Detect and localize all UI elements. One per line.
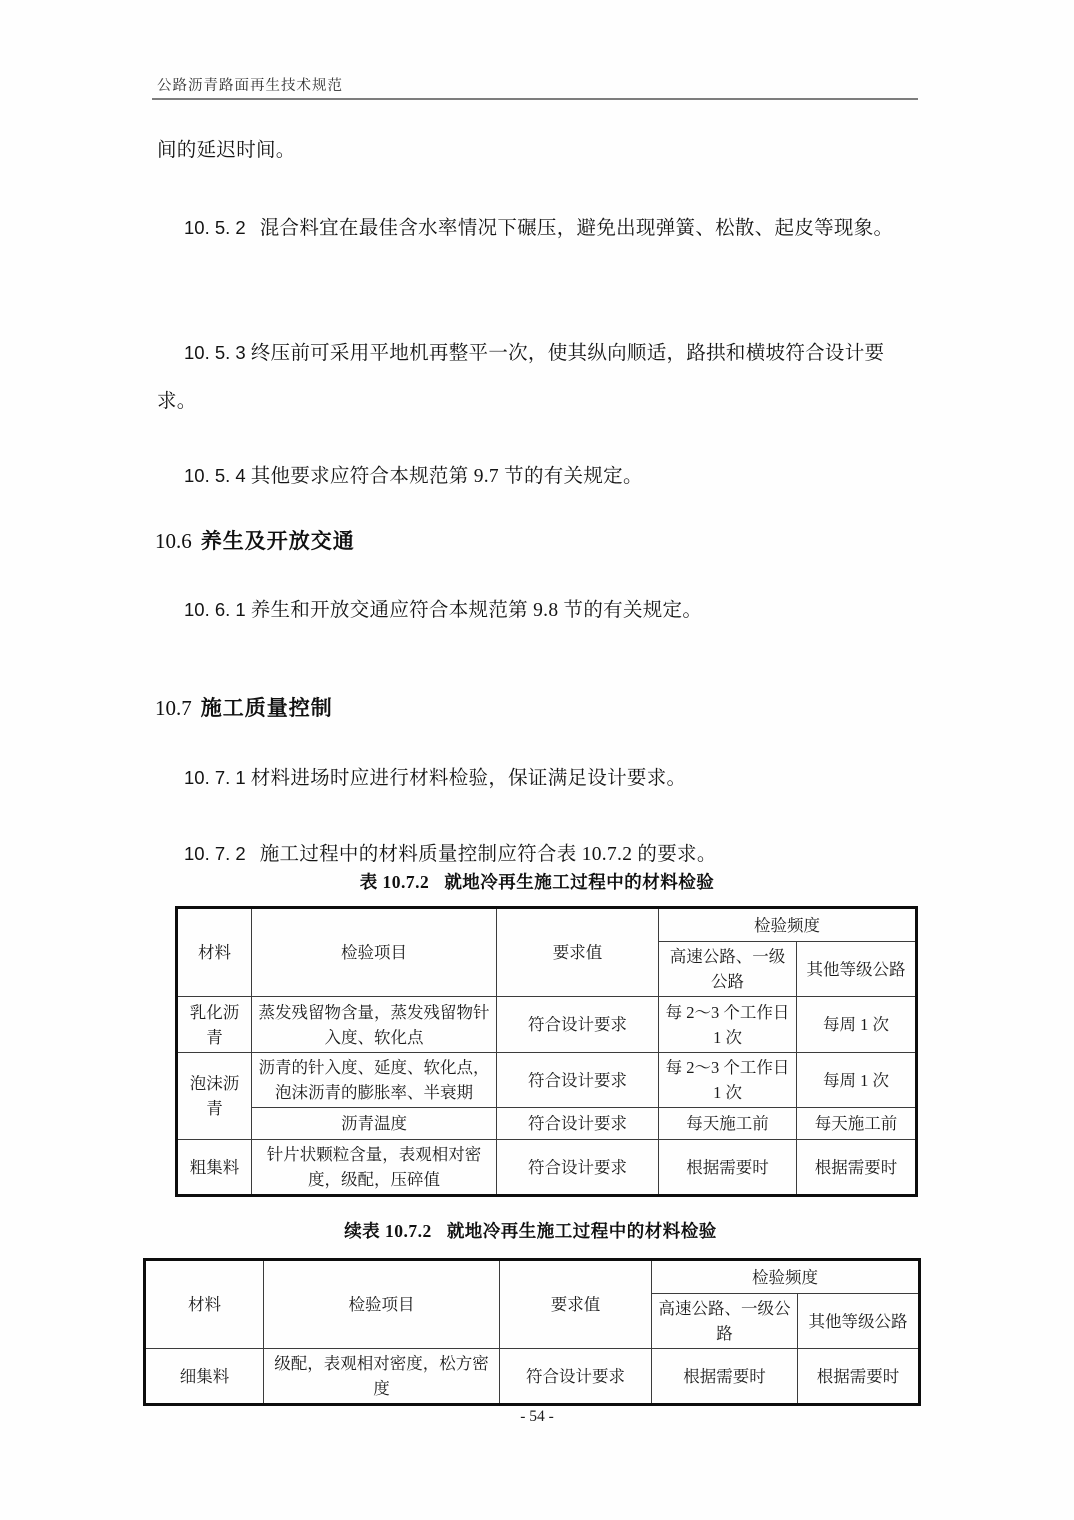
cell-material: 粗集料 [177,1140,252,1196]
cell-material: 乳化沥青 [177,997,252,1053]
section-heading-10-6: 10.6养生及开放交通 [155,525,355,555]
table1-caption-title: 就地冷再生施工过程中的材料检验 [444,872,714,892]
cell-freq-other: 每周 1 次 [797,997,917,1053]
page-number: - 54 - [0,1408,1074,1426]
cell-required: 符合设计要求 [497,1053,659,1108]
cell-freq-other: 每周 1 次 [797,1053,917,1108]
table-row: 泡沫沥青 沥青的针入度、延度、软化点，泡沫沥青的膨胀率、半衰期 符合设计要求 每… [177,1053,917,1108]
paragraph-10-5-3: 10. 5. 3终压前可采用平地机再整平一次，使其纵向顺适，路拱和横坡符合设计要… [157,329,923,426]
table-row: 乳化沥青 蒸发残留物含量，蒸发残留物针入度、软化点 符合设计要求 每 2～3 个… [177,997,917,1053]
table2: 材料 检验项目 要求值 检验频度 高速公路、一级公路 其他等级公路 细集料 级配… [143,1258,921,1406]
cell-required: 符合设计要求 [497,1140,659,1196]
col-header-material: 材料 [177,908,252,997]
cell-freq-high: 每天施工前 [659,1108,797,1140]
paragraph-10-7-1: 10. 7. 1材料进场时应进行材料检验，保证满足设计要求。 [157,754,923,803]
section-title: 施工质量控制 [201,697,333,720]
col-header-material: 材料 [145,1260,264,1349]
clause-number: 10. 6. 1 [184,599,246,620]
cell-freq-high: 每 2～3 个工作日 1 次 [659,997,797,1053]
clause-number: 10. 5. 2 [184,217,246,238]
cell-item: 蒸发残留物含量，蒸发残留物针入度、软化点 [252,997,497,1053]
clause-text: 终压前可采用平地机再整平一次，使其纵向顺适，路拱和横坡符合设计要求。 [157,343,884,412]
col-header-freq-other: 其他等级公路 [798,1294,920,1349]
table2-caption-title: 就地冷再生施工过程中的材料检验 [447,1221,717,1241]
cell-required: 符合设计要求 [497,1108,659,1140]
cell-item: 沥青温度 [252,1108,497,1140]
cell-required: 符合设计要求 [497,997,659,1053]
clause-number: 10. 7. 1 [184,767,246,788]
table1: 材料 检验项目 要求值 检验频度 高速公路、一级公路 其他等级公路 乳化沥青 蒸… [175,906,918,1197]
col-header-item: 检验项目 [252,908,497,997]
cell-freq-other: 每天施工前 [797,1108,917,1140]
cell-freq-high: 每 2～3 个工作日 1 次 [659,1053,797,1108]
table2-caption-label: 续表 10.7.2 [344,1221,432,1241]
section-number: 10.6 [155,529,192,553]
section-title: 养生及开放交通 [201,530,355,553]
section-heading-10-7: 10.7施工质量控制 [155,692,333,722]
header-rule [152,98,918,100]
table-row: 细集料 级配，表观相对密度，松方密度 符合设计要求 根据需要时 根据需要时 [145,1349,920,1405]
cell-item: 级配，表观相对密度，松方密度 [264,1349,500,1405]
table1-caption: 表 10.7.2就地冷再生施工过程中的材料检验 [157,869,917,894]
cell-material: 细集料 [145,1349,264,1405]
col-header-required: 要求值 [500,1260,652,1349]
clause-text: 养生和开放交通应符合本规范第 9.8 节的有关规定。 [251,600,702,621]
clause-number: 10. 5. 3 [184,342,246,363]
cell-freq-high: 根据需要时 [652,1349,798,1405]
col-header-freq-other: 其他等级公路 [797,942,917,997]
cell-freq-other: 根据需要时 [797,1140,917,1196]
table-row: 粗集料 针片状颗粒含量，表观相对密度，级配，压碎值 符合设计要求 根据需要时 根… [177,1140,917,1196]
paragraph-10-6-1: 10. 6. 1养生和开放交通应符合本规范第 9.8 节的有关规定。 [157,586,923,635]
table2-caption: 续表 10.7.2就地冷再生施工过程中的材料检验 [143,1218,918,1243]
cell-item: 针片状颗粒含量，表观相对密度，级配，压碎值 [252,1140,497,1196]
col-header-frequency: 检验频度 [659,908,917,942]
col-header-freq-high: 高速公路、一级公路 [659,942,797,997]
table-row: 材料 检验项目 要求值 检验频度 [177,908,917,942]
col-header-freq-high: 高速公路、一级公路 [652,1294,798,1349]
paragraph-intro-fragment: 间的延迟时间。 [157,127,923,175]
clause-number: 10. 7. 2 [184,843,246,864]
table-row: 沥青温度 符合设计要求 每天施工前 每天施工前 [177,1108,917,1140]
table1-caption-label: 表 10.7.2 [360,872,430,892]
col-header-required: 要求值 [497,908,659,997]
cell-item: 沥青的针入度、延度、软化点，泡沫沥青的膨胀率、半衰期 [252,1053,497,1108]
cell-freq-other: 根据需要时 [798,1349,920,1405]
document-page: 公路沥青路面再生技术规范 间的延迟时间。 10. 5. 2混合料宜在最佳含水率情… [0,0,1074,1520]
cell-required: 符合设计要求 [500,1349,652,1405]
clause-number: 10. 5. 4 [184,465,246,486]
clause-text: 施工过程中的材料质量控制应符合表 10.7.2 的要求。 [260,844,717,865]
col-header-frequency: 检验频度 [652,1260,920,1294]
clause-text: 混合料宜在最佳含水率情况下碾压，避免出现弹簧、松散、起皮等现象。 [260,218,894,239]
running-header: 公路沥青路面再生技术规范 [157,74,343,95]
paragraph-10-5-4: 10. 5. 4其他要求应符合本规范第 9.7 节的有关规定。 [157,452,923,501]
clause-text: 其他要求应符合本规范第 9.7 节的有关规定。 [251,466,643,487]
col-header-item: 检验项目 [264,1260,500,1349]
cell-material: 泡沫沥青 [177,1053,252,1140]
paragraph-10-5-2: 10. 5. 2混合料宜在最佳含水率情况下碾压，避免出现弹簧、松散、起皮等现象。 [157,204,923,253]
material-inspection-table-continued: 材料 检验项目 要求值 检验频度 高速公路、一级公路 其他等级公路 细集料 级配… [143,1258,921,1406]
material-inspection-table: 材料 检验项目 要求值 检验频度 高速公路、一级公路 其他等级公路 乳化沥青 蒸… [175,906,918,1197]
cell-freq-high: 根据需要时 [659,1140,797,1196]
table-row: 材料 检验项目 要求值 检验频度 [145,1260,920,1294]
clause-text: 材料进场时应进行材料检验，保证满足设计要求。 [251,768,687,789]
section-number: 10.7 [155,696,192,720]
